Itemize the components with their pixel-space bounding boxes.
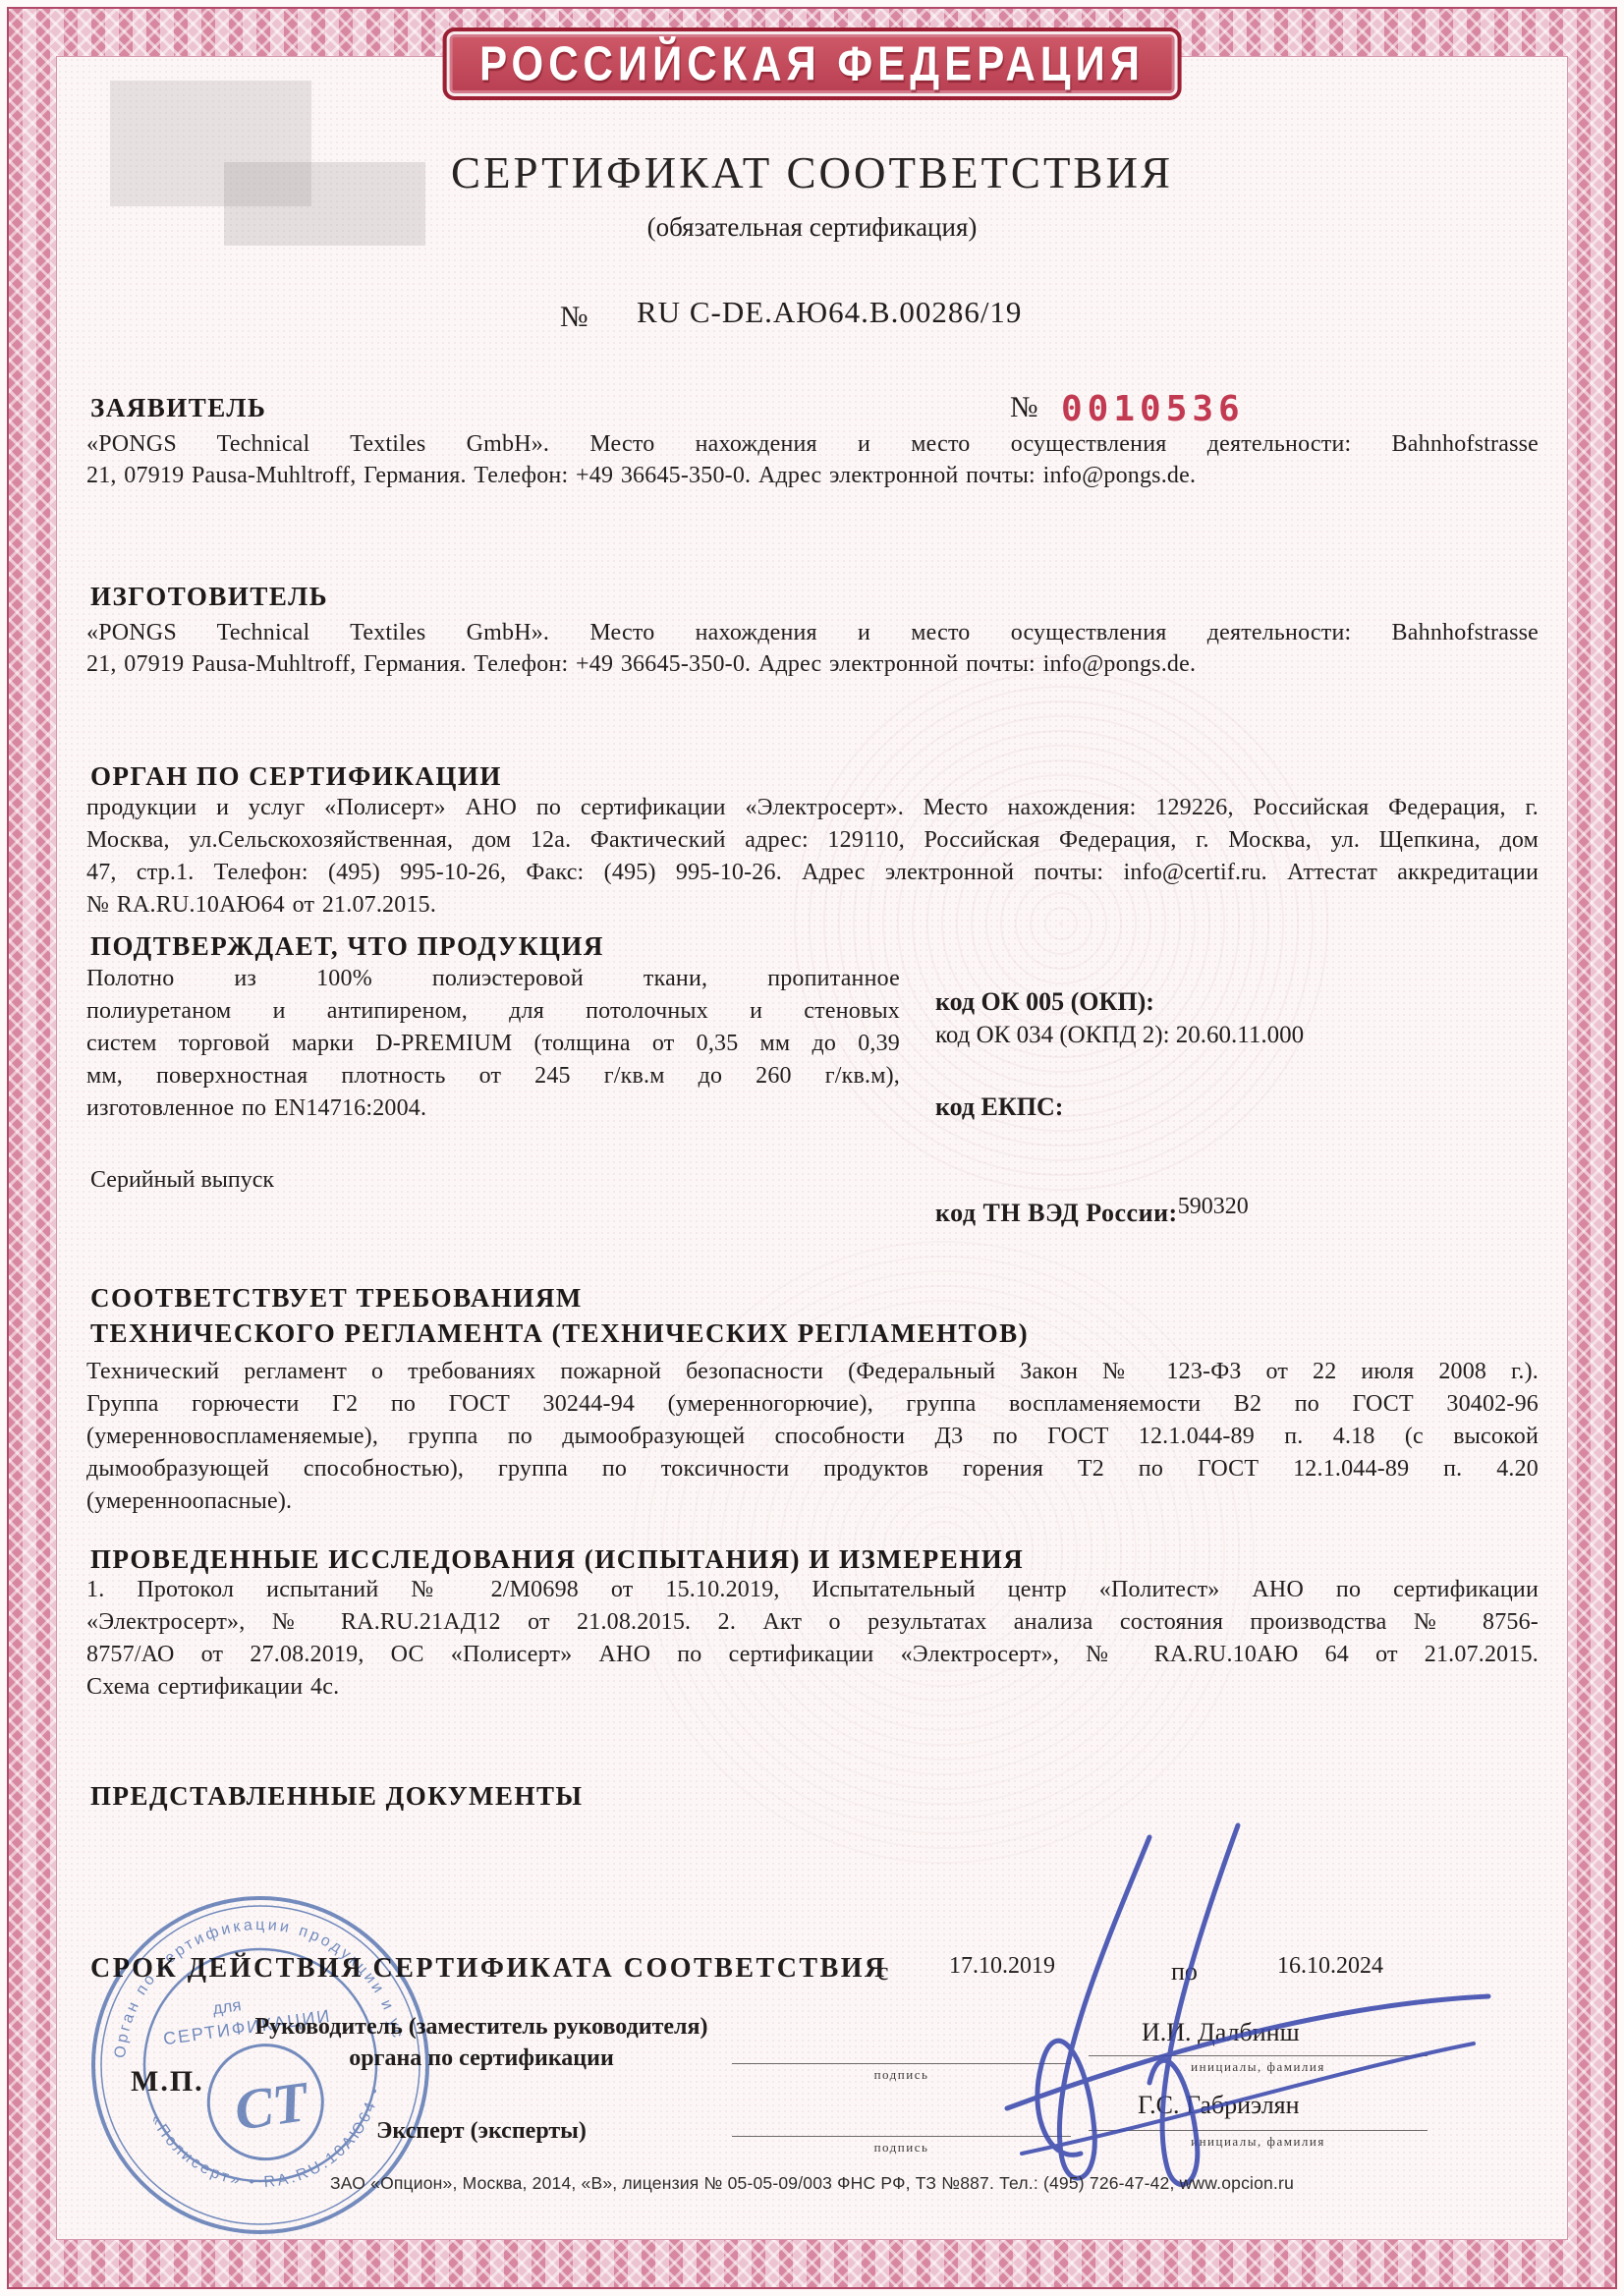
text-line: 1. Протокол испытаний № 2/М0698 от 15.10…	[86, 1574, 1539, 1606]
head-name-line	[1089, 2055, 1428, 2056]
text-line: Группа горючести Г2 по ГОСТ 30244-94 (ум…	[86, 1388, 1539, 1421]
product-heading: ПОДТВЕРЖДАЕТ, ЧТО ПРОДУКЦИЯ	[90, 931, 604, 962]
expert-signature-caption: подпись	[732, 2140, 1071, 2156]
text-line: № RA.RU.10АЮ64 от 21.07.2015.	[86, 889, 1539, 922]
text-line: изготовленное по EN14716:2004.	[86, 1092, 900, 1125]
text-line: продукции и услуг «Полисерт» АНО по серт…	[86, 792, 1539, 824]
text-line: Схема сертификации 4с.	[86, 1671, 1539, 1704]
text-line: дымообразующей способностью), группа по …	[86, 1453, 1539, 1485]
code-tnved-label: код ТН ВЭД России:	[935, 1199, 1178, 1227]
applicant-text: «PONGS Technical Textiles GmbH». Место н…	[86, 428, 1539, 491]
head-role-line2: органа по сертификации	[226, 2045, 737, 2072]
code-okpd-label: код ОК 034 (ОКПД 2):	[935, 1022, 1170, 1048]
expert-name-caption: инициалы, фамилия	[1089, 2134, 1428, 2150]
validity-from-date: 17.10.2019	[949, 1953, 1055, 1980]
text-line: 21, 07919 Pausa-Muhltroff, Германия. Тел…	[86, 648, 1539, 680]
documents-heading: ПРЕДСТАВЛЕННЫЕ ДОКУМЕНТЫ	[90, 1781, 584, 1812]
text-line: 8757/АО от 27.08.2019, ОС «Полисерт» АНО…	[86, 1639, 1539, 1671]
text-line: (умеренноопасные).	[86, 1485, 1539, 1518]
text-line: 21, 07919 Pausa-Muhltroff, Германия. Тел…	[86, 460, 1539, 491]
certification-body-text: продукции и услуг «Полисерт» АНО по серт…	[86, 792, 1539, 922]
expert-role: Эксперт (эксперты)	[226, 2118, 737, 2145]
text-line: «Электросерт», № RA.RU.21АД12 от 21.08.2…	[86, 1606, 1539, 1639]
product-description: Полотно из 100% полиэстеровой ткани, про…	[86, 963, 900, 1125]
tests-heading: ПРОВЕДЕННЫЕ ИССЛЕДОВАНИЯ (ИСПЫТАНИЯ) И И…	[90, 1544, 1024, 1575]
text-line: «PONGS Technical Textiles GmbH». Место н…	[86, 617, 1539, 648]
certification-body-heading: ОРГАН ПО СЕРТИФИКАЦИИ	[90, 761, 502, 792]
text-line: систем торговой марки D-PREMIUM (толщина…	[86, 1028, 900, 1060]
blank-number: 0010536	[1061, 389, 1245, 429]
certificate-body-area	[56, 56, 1568, 2240]
manufacturer-text: «PONGS Technical Textiles GmbH». Место н…	[86, 617, 1539, 680]
blank-number-label: №	[1010, 391, 1038, 424]
text-line: «PONGS Technical Textiles GmbH». Место н…	[86, 428, 1539, 460]
head-role-line1: Руководитель (заместитель руководителя)	[226, 2014, 737, 2041]
text-line: (умеренновоспламеняемые), группа по дымо…	[86, 1421, 1539, 1453]
validity-to-date: 16.10.2024	[1277, 1953, 1383, 1980]
certificate-page: РОССИЙСКАЯ ФЕДЕРАЦИЯ СЕРТИФИКАТ СООТВЕТС…	[0, 0, 1624, 2296]
head-name-caption: инициалы, фамилия	[1089, 2059, 1428, 2075]
validity-from-label: с	[877, 1957, 889, 1987]
manufacturer-heading: ИЗГОТОВИТЕЛЬ	[90, 582, 328, 612]
text-line: Технический регламент о требованиях пожа…	[86, 1356, 1539, 1388]
head-signature-line	[732, 2063, 1071, 2064]
expert-signature-line	[732, 2136, 1071, 2137]
applicant-heading: ЗАЯВИТЕЛЬ	[90, 393, 266, 423]
certificate-number: RU C-DE.АЮ64.В.00286/19	[637, 295, 1022, 330]
text-line: Москва, ул.Сельскохозяйственная, дом 12а…	[86, 824, 1539, 857]
code-ekps-label: код ЕКПС:	[935, 1092, 1063, 1122]
head-signature-caption: подпись	[732, 2067, 1071, 2083]
stamp-place-label: М.П.	[131, 2065, 204, 2099]
certificate-number-label: №	[560, 301, 588, 334]
validity-to-label: по	[1171, 1957, 1198, 1987]
validity-heading: СРОК ДЕЙСТВИЯ СЕРТИФИКАТА СООТВЕТСТВИЯ	[90, 1953, 887, 1985]
code-okp-label: код ОК 005 (ОКП):	[935, 987, 1154, 1017]
compliance-heading-1: СООТВЕТСТВУЕТ ТРЕБОВАНИЯМ	[90, 1283, 583, 1314]
code-okpd: код ОК 034 (ОКПД 2): 20.60.11.000	[935, 1022, 1304, 1049]
text-line: Полотно из 100% полиэстеровой ткани, про…	[86, 963, 900, 995]
compliance-heading-2: ТЕХНИЧЕСКОГО РЕГЛАМЕНТА (ТЕХНИЧЕСКИХ РЕГ…	[90, 1318, 1029, 1349]
text-line: мм, поверхностная плотность от 245 г/кв.…	[86, 1060, 900, 1092]
country-banner-text: РОССИЙСКАЯ ФЕДЕРАЦИЯ	[479, 36, 1145, 92]
head-name: И.И. Далбинш	[1142, 2018, 1300, 2047]
code-tnved-value: 590320	[1178, 1194, 1249, 1219]
code-tnved: код ТН ВЭД России:590320	[935, 1199, 1249, 1228]
compliance-text: Технический регламент о требованиях пожа…	[86, 1356, 1539, 1518]
country-banner: РОССИЙСКАЯ ФЕДЕРАЦИЯ	[442, 28, 1182, 100]
expert-name-line	[1089, 2130, 1428, 2131]
print-house-footer: ЗАО «Опцион», Москва, 2014, «В», лицензи…	[0, 2173, 1624, 2194]
text-line: полиуретаном и антипиреном, для потолочн…	[86, 995, 900, 1028]
serial-note: Серийный выпуск	[90, 1167, 274, 1194]
certificate-subtitle: (обязательная сертификация)	[0, 212, 1624, 243]
tests-text: 1. Протокол испытаний № 2/М0698 от 15.10…	[86, 1574, 1539, 1704]
expert-name: Г.С. Габриэлян	[1138, 2091, 1300, 2120]
code-okpd-value: 20.60.11.000	[1176, 1022, 1304, 1048]
certificate-title: СЕРТИФИКАТ СООТВЕТСТВИЯ	[0, 147, 1624, 198]
text-line: 47, стр.1. Телефон: (495) 995-10-26, Фак…	[86, 857, 1539, 889]
